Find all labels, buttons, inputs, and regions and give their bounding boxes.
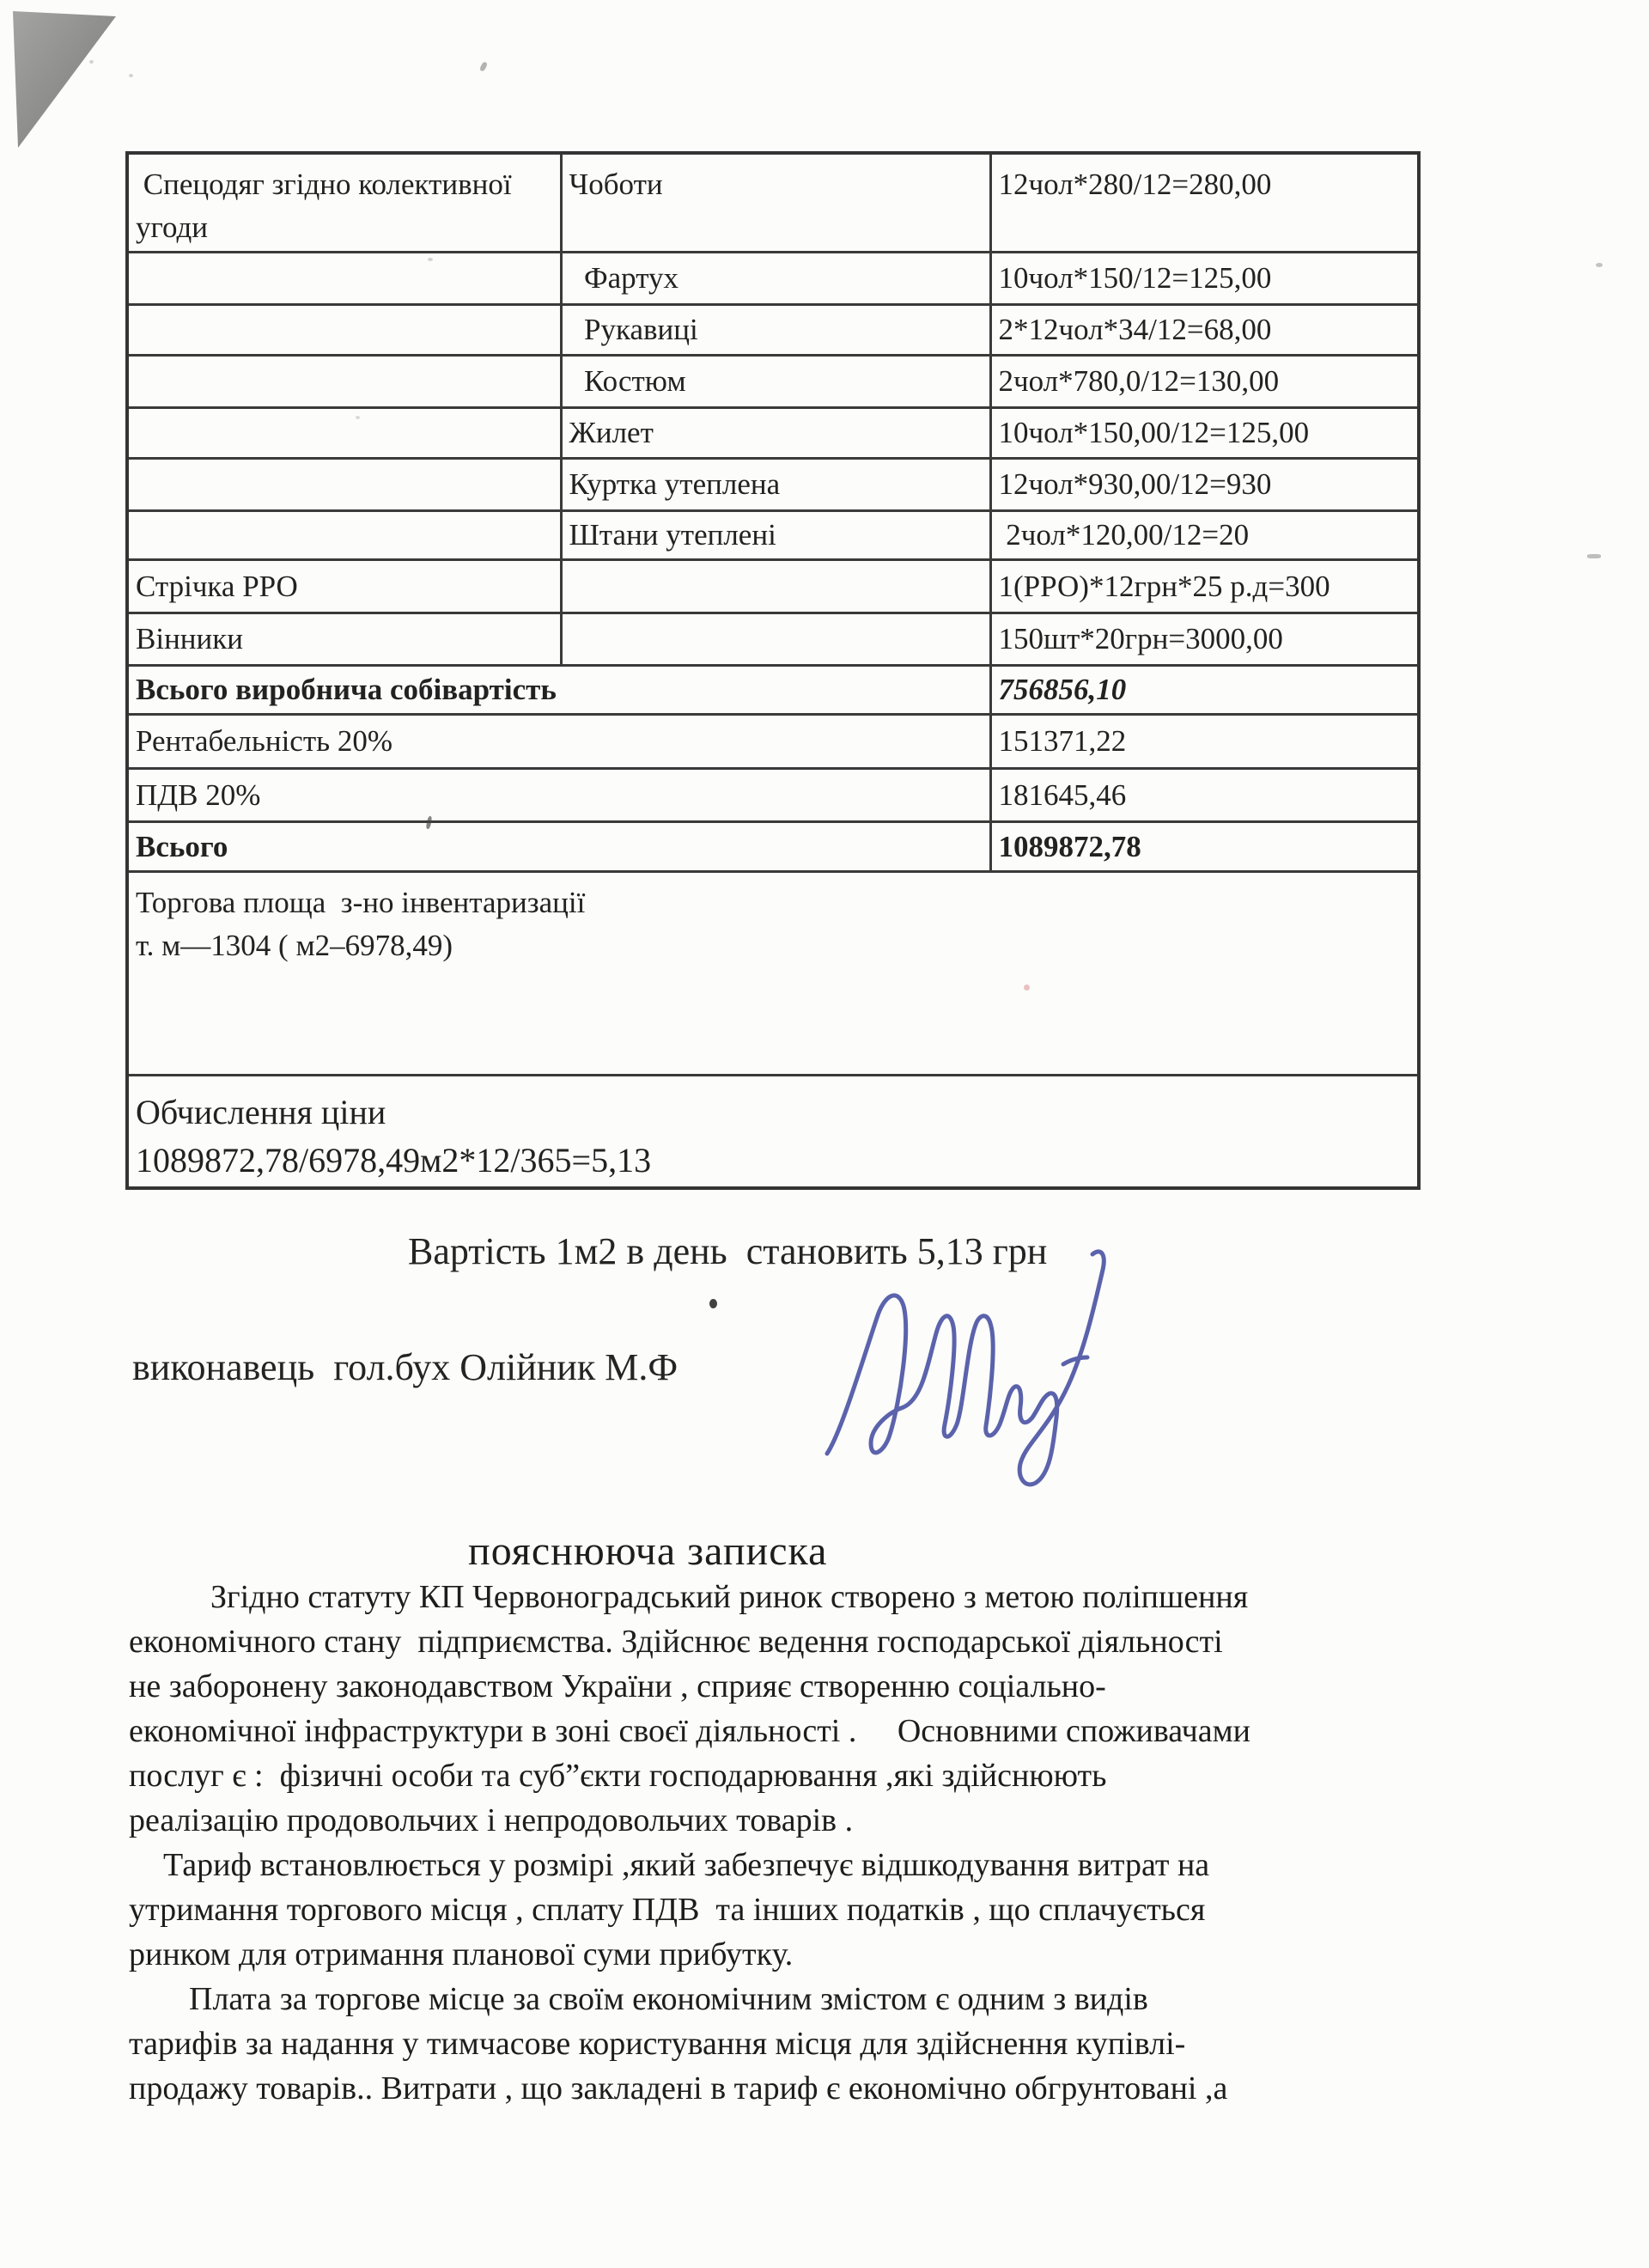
table-cell: Фартух [561,253,990,305]
table-cell: Чоботи [561,153,990,253]
cost-table: Спецодяг згідно колективної угодиЧоботи1… [125,151,1421,1190]
table-cell: Обчислення ціни 1089872,78/6978,49м2*12/… [127,1076,1419,1189]
explanatory-note-body: Згідно статуту КП Червоноградський ринок… [129,1575,1537,2111]
signature-ink [803,1220,1112,1512]
table-cell: Вінники [127,613,561,666]
table-cell: Всього [127,822,990,872]
table-cell [561,613,990,666]
note-paragraph-2: Тариф встановлюється у розмірі ,який заб… [129,1843,1537,1977]
table-row: ПДВ 20%181645,46 [127,769,1419,822]
table-row: Стрічка РРО1(РРО)*12грн*25 р.д=300 [127,560,1419,613]
scan-speck [479,61,488,72]
executor-line: виконавець гол.бух Олійник М.Ф [132,1345,678,1389]
table-cell [127,356,561,408]
table-cell: 12чол*280/12=280,00 [990,153,1419,253]
page-fold-corner-artifact [0,0,146,163]
table-cell: 10чол*150/12=125,00 [990,253,1419,305]
table-cell: Штани утеплені [561,511,990,560]
scan-speck [129,74,133,77]
fold-triangle [13,11,116,148]
table-cell: Куртка утеплена [561,459,990,511]
table-row: Рукавиці2*12чол*34/12=68,00 [127,305,1419,356]
table-row: Обчислення ціни 1089872,78/6978,49м2*12/… [127,1076,1419,1189]
table-cell: 12чол*930,00/12=930 [990,459,1419,511]
scan-speck [1024,985,1030,991]
scan-speck [428,258,433,261]
table-row: Вінники150шт*20грн=3000,00 [127,613,1419,666]
scanned-document-page: Спецодяг згідно колективної угодиЧоботи1… [0,0,1649,2268]
table-cell: Торгова площа з-но інвентаризації т. м—1… [127,872,1419,1076]
scan-speck [89,60,94,64]
explanatory-note-heading: пояснююча записка [468,1527,827,1575]
table-cell: Стрічка РРО [127,560,561,613]
table-cell: Всього виробнича собівартість [127,666,990,715]
table-cell [127,459,561,511]
table-cell: 181645,46 [990,769,1419,822]
table-cell: 10чол*150,00/12=125,00 [990,408,1419,459]
table-cell: 2чол*120,00/12=20 [990,511,1419,560]
scan-speck [1596,263,1603,267]
table-row: Фартух10чол*150/12=125,00 [127,253,1419,305]
note-paragraph-1: Згідно статуту КП Червоноградський ринок… [129,1575,1537,1843]
table-row: Рентабельність 20%151371,22 [127,715,1419,769]
table-cell: 756856,10 [990,666,1419,715]
table-cell: 151371,22 [990,715,1419,769]
table-cell: ПДВ 20% [127,769,990,822]
table-cell: 2чол*780,0/12=130,00 [990,356,1419,408]
ink-dot [709,1299,717,1308]
table-cell: 2*12чол*34/12=68,00 [990,305,1419,356]
scan-speck [1587,554,1601,558]
table-row: Всього виробнича собівартість756856,10 [127,666,1419,715]
table-row: Жилет10чол*150,00/12=125,00 [127,408,1419,459]
table-cell [561,560,990,613]
table-cell: Жилет [561,408,990,459]
table-row: Торгова площа з-но інвентаризації т. м—1… [127,872,1419,1076]
table-cell: Костюм [561,356,990,408]
table-cell [127,511,561,560]
table-cell: 1089872,78 [990,822,1419,872]
note-paragraph-3: Плата за торгове місце за своїм економіч… [129,1977,1537,2111]
signature-stroke-main [827,1252,1104,1485]
table-cell: Рукавиці [561,305,990,356]
table-row: Спецодяг згідно колективної угодиЧоботи1… [127,153,1419,253]
table-row: Всього1089872,78 [127,822,1419,872]
table-cell [127,305,561,356]
table-cell: Спецодяг згідно колективної угоди [127,153,561,253]
table-row: Куртка утеплена12чол*930,00/12=930 [127,459,1419,511]
scan-speck [356,416,360,419]
table-cell: 1(РРО)*12грн*25 р.д=300 [990,560,1419,613]
table-row: Штани утеплені 2чол*120,00/12=20 [127,511,1419,560]
table-cell [127,408,561,459]
table-row: Костюм2чол*780,0/12=130,00 [127,356,1419,408]
table-cell [127,253,561,305]
table-cell: 150шт*20грн=3000,00 [990,613,1419,666]
table-cell: Рентабельність 20% [127,715,990,769]
